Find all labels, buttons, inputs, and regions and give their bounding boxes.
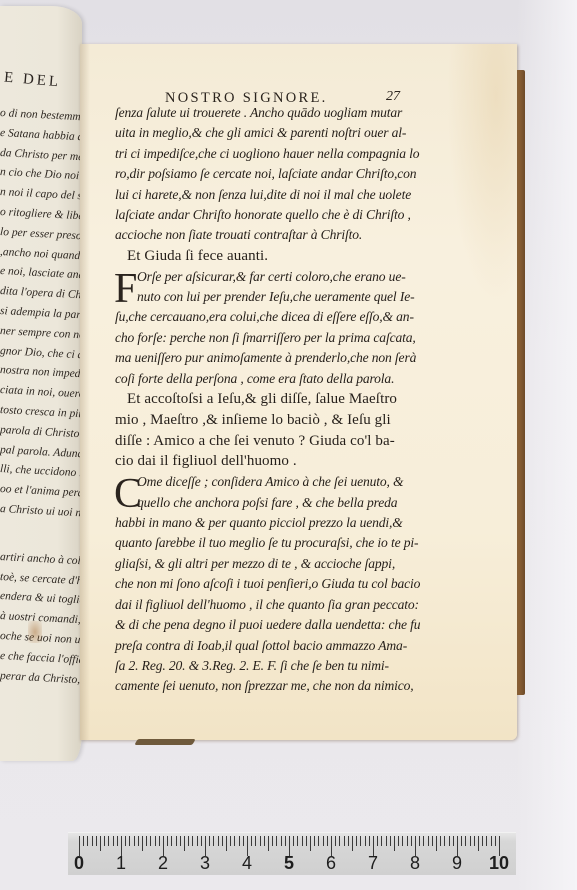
- ruler-tick: [272, 836, 273, 846]
- ruler-tick: [474, 836, 475, 846]
- paragraph-1: ſenza ſalute ui trouerete . Ancho quādo …: [115, 103, 435, 246]
- text-line: ma ueniſſero pur animoſamente à prenderl…: [115, 348, 435, 368]
- text-line: coſi forte della perſona , come era ſtat…: [115, 369, 435, 389]
- foxing-stain: [28, 621, 42, 643]
- ruler-tick: [188, 836, 189, 846]
- text-line: ſu,che cercauano,era colui,che dicea di …: [115, 307, 435, 327]
- ruler-tick: [365, 836, 366, 846]
- ruler-tick: [146, 836, 147, 846]
- text-line: nuto con lui per prender Ieſu,che uerame…: [115, 287, 435, 307]
- ruler-tick: [386, 836, 387, 846]
- ruler-tick: [226, 836, 227, 851]
- ruler-tick: [352, 836, 353, 851]
- ruler-tick: [423, 836, 424, 846]
- backdrop-highlight: [517, 0, 577, 890]
- ruler-tick: [100, 836, 101, 851]
- ruler-tick: [449, 836, 450, 846]
- ruler-tick: [239, 836, 240, 846]
- ruler-tick: [113, 836, 114, 846]
- ruler-tick: [344, 836, 345, 846]
- ruler-tick: [470, 836, 471, 846]
- ruler-tick: [323, 836, 324, 846]
- ruler-tick: [407, 836, 408, 846]
- drop-cap-initial: F: [114, 269, 137, 309]
- text-line: preſa contra di Ioab,il qual ſottol baci…: [115, 636, 435, 656]
- text-line: ſa 2. Reg. 20. & 3.Reg. 2. E. F. ſi che …: [115, 656, 435, 676]
- ruler-tick: [268, 836, 269, 851]
- ruler-label: 4: [242, 853, 252, 874]
- ruler-tick: [209, 836, 210, 846]
- ruler-label: 3: [200, 853, 210, 874]
- text-line: dai il figliuol dell'huomo , il che quan…: [115, 595, 435, 615]
- ruler-tick: [138, 836, 139, 846]
- bookmark-ribbon: [134, 739, 195, 745]
- ruler-tick: [159, 836, 160, 846]
- ruler-labels: 012345678910: [68, 853, 516, 875]
- ruler-tick: [108, 836, 109, 846]
- ruler-tick: [134, 836, 135, 846]
- ruler-label: 5: [284, 853, 294, 874]
- ruler-tick: [264, 836, 265, 846]
- ruler-tick: [251, 836, 252, 846]
- ruler-tick: [465, 836, 466, 846]
- text-line: quello che anchora poſsi fare , & che be…: [115, 493, 435, 513]
- paragraph-2: F Orſe per aſsicurar,& far certi coloro,…: [115, 267, 435, 389]
- ruler-tick: [428, 836, 429, 846]
- ruler-tick: [486, 836, 487, 846]
- ruler-tick: [478, 836, 479, 851]
- verse-line: cio dai il figliuol dell'huomo .: [115, 451, 435, 472]
- ruler-tick: [125, 836, 126, 846]
- scripture-verse-2: Et accoſtoſsi a Ieſu,& gli diſſe, ſalue …: [115, 389, 435, 472]
- ruler-tick: [167, 836, 168, 846]
- ruler-tick: [155, 836, 156, 846]
- ruler-tick: [197, 836, 198, 846]
- ruler-tick: [369, 836, 370, 846]
- left-running-head: E DEL: [3, 70, 61, 92]
- left-page: E DEL o di non bestemmiare coe Satana ha…: [0, 6, 82, 761]
- ruler-tick: [255, 836, 256, 846]
- ruler-tick: [398, 836, 399, 846]
- verse-line: mio , Maeſtro ,& inſieme lo baciò , & Ie…: [115, 410, 435, 431]
- ruler-tick: [281, 836, 282, 846]
- ruler-tick: [495, 836, 496, 846]
- ruler-tick: [230, 836, 231, 846]
- ruler-tick: [184, 836, 185, 851]
- ruler-tick: [314, 836, 315, 846]
- text-line: camente ſei uenuto, non ſprezzar me, che…: [115, 676, 435, 696]
- ruler-tick: [201, 836, 202, 846]
- ruler-tick: [356, 836, 357, 846]
- ruler-label: 7: [368, 853, 378, 874]
- ruler-tick: [129, 836, 130, 846]
- ruler-tick: [310, 836, 311, 851]
- ruler-tick: [285, 836, 286, 846]
- ruler-tick: [390, 836, 391, 846]
- ruler-tick: [306, 836, 307, 846]
- ruler-tick: [213, 836, 214, 846]
- ruler-tick: [453, 836, 454, 846]
- ruler-tick: [419, 836, 420, 846]
- text-line: uita in meglio,& che gli amici & parenti…: [115, 123, 435, 143]
- text-line: habbi in mano & per quanto picciol prezz…: [115, 513, 435, 533]
- ruler-label: 2: [158, 853, 168, 874]
- ruler-label: 6: [326, 853, 336, 874]
- ruler-tick: [335, 836, 336, 846]
- ruler-tick: [461, 836, 462, 846]
- ruler-tick: [104, 836, 105, 846]
- text-line: Ome diceſſe ; conſidera Amico à che ſei …: [115, 472, 435, 492]
- ruler-tick: [117, 836, 118, 846]
- ruler-tick: [260, 836, 261, 846]
- paragraph-3: C Ome diceſſe ; conſidera Amico à che ſe…: [115, 472, 435, 696]
- page-text-block: ſenza ſalute ui trouerete . Ancho quādo …: [115, 103, 435, 697]
- ruler-tick: [276, 836, 277, 846]
- ruler-tick: [381, 836, 382, 846]
- verse-line: Et accoſtoſsi a Ieſu,& gli diſſe, ſalue …: [115, 389, 435, 410]
- ruler-label: 8: [410, 853, 420, 874]
- left-text-line: a Christo ui uoi non ui: [0, 500, 82, 524]
- ruler-tick: [83, 836, 84, 846]
- ruler-tick: [444, 836, 445, 846]
- ruler-label: 10: [489, 853, 509, 874]
- text-line: tri ci impediſce,che ci uogliono hauer n…: [115, 144, 435, 164]
- ruler-tick: [411, 836, 412, 846]
- text-line: Orſe per aſsicurar,& far certi coloro,ch…: [115, 267, 435, 287]
- verse-line: diſſe : Amico a che ſei venuto ? Giuda c…: [115, 431, 435, 452]
- ruler-tick: [171, 836, 172, 846]
- ruler-tick: [482, 836, 483, 846]
- ruler-tick: [297, 836, 298, 846]
- scale-ruler: 012345678910: [68, 832, 516, 875]
- text-line: gliaſsi, & gli altri per mezzo di te , &…: [115, 554, 435, 574]
- ruler-tick: [327, 836, 328, 846]
- ruler-tick: [432, 836, 433, 846]
- left-text-line: [0, 520, 82, 548]
- scripture-verse-1: Et Giuda ſi fece auanti.: [115, 246, 435, 267]
- ruler-tick: [243, 836, 244, 846]
- ruler-label: 1: [116, 853, 126, 874]
- ruler-tick: [150, 836, 151, 846]
- ruler-label: 9: [452, 853, 462, 874]
- ruler-tick: [192, 836, 193, 846]
- ruler-tick: [302, 836, 303, 846]
- ruler-tick: [377, 836, 378, 846]
- ruler-tick: [440, 836, 441, 846]
- ruler-tick: [318, 836, 319, 846]
- ruler-tick: [92, 836, 93, 846]
- ruler-tick: [339, 836, 340, 846]
- ruler-tick: [491, 836, 492, 846]
- ruler-tick: [176, 836, 177, 846]
- ruler-tick: [87, 836, 88, 846]
- ruler-tick: [436, 836, 437, 851]
- ruler-label: 0: [74, 853, 84, 874]
- text-line: & di che pena degno il puoi uedere dalla…: [115, 615, 435, 635]
- text-line: laſciate andar Chriſto honorate quello c…: [115, 205, 435, 225]
- ruler-tick: [96, 836, 97, 846]
- ruler-tick: [180, 836, 181, 846]
- ruler-tick: [293, 836, 294, 846]
- ruler-tick: [348, 836, 349, 846]
- text-line: ſenza ſalute ui trouerete . Ancho quādo …: [115, 103, 435, 123]
- text-line: lui ci harete,& non ſenza lui,dite di no…: [115, 185, 435, 205]
- text-line: cho forſe: perche non ſi ſmarriſſero per…: [115, 328, 435, 348]
- text-line: quanto ſarebbe il tuo meglio ſe tu procu…: [115, 533, 435, 553]
- text-line: ro,dir poſsiamo ſe cercate noi, laſciate…: [115, 164, 435, 184]
- ruler-tick: [142, 836, 143, 851]
- text-line: che non mi ſono aſcoſi i tuoi penſieri,o…: [115, 574, 435, 594]
- left-page-text: o di non bestemmiare coe Satana habbia a…: [0, 104, 82, 686]
- ruler-tick: [360, 836, 361, 846]
- ruler-tick: [394, 836, 395, 851]
- ruler-tick: [234, 836, 235, 846]
- ruler-tick: [222, 836, 223, 846]
- ruler-tick: [402, 836, 403, 846]
- ruler-tick: [218, 836, 219, 846]
- text-line: accioche non ſiate trouati contraſtar à …: [115, 225, 435, 245]
- left-text-line: perar da Christo, &: [0, 667, 82, 691]
- drop-cap-initial: C: [114, 474, 142, 514]
